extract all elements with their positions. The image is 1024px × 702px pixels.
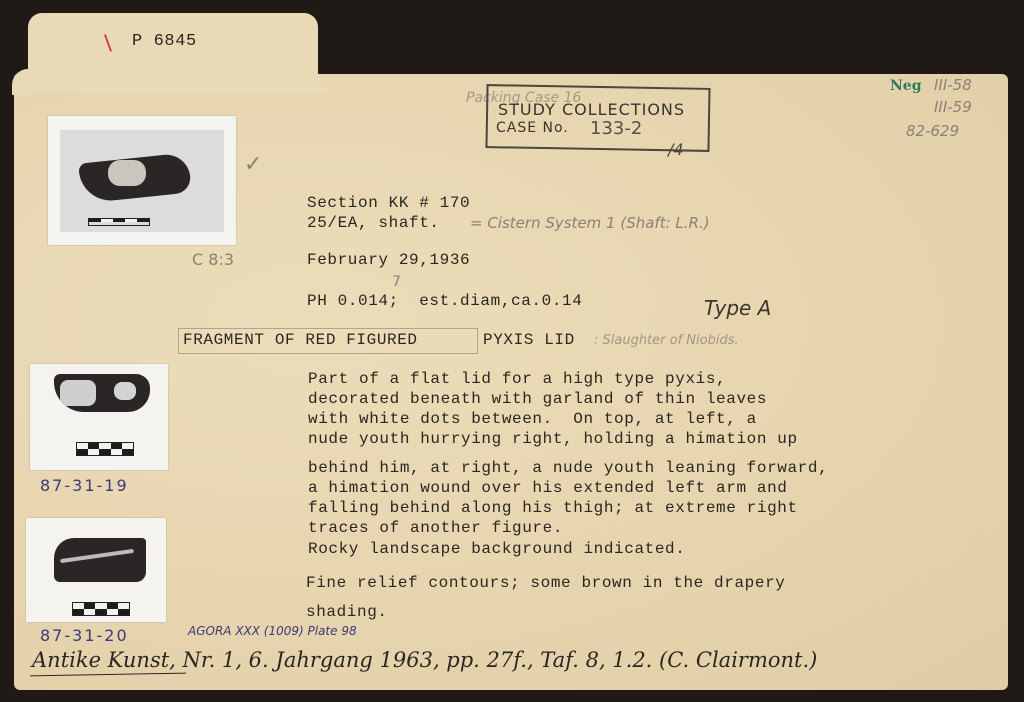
negatives-label: Neg — [890, 78, 922, 94]
description-line: behind him, at right, a nude youth leani… — [308, 459, 828, 477]
deposit: 25/EA, shaft. — [307, 214, 440, 232]
section-number: Section KK # 170 — [307, 194, 470, 212]
description-line: Part of a flat lid for a high type pyxis… — [308, 370, 726, 388]
fragment-photo-3 — [26, 518, 166, 622]
description-line: nude youth hurrying right, holding a him… — [308, 430, 798, 448]
negative-number-3: 82-629 — [906, 122, 959, 140]
technique-line: shading. — [306, 603, 388, 621]
catalog-number: P 6845 — [132, 32, 197, 51]
negative-number-2: III-59 — [934, 98, 972, 116]
fragment-photo-1 — [48, 116, 236, 245]
excavation-date: February 29,1936 — [307, 251, 470, 269]
stamp-case-label: CASE No. — [496, 120, 569, 136]
scale-bar — [88, 218, 150, 226]
description-line: decorated beneath with garland of thin l… — [308, 390, 767, 408]
bibliography: Antike Kunst, Nr. 1, 6. Jahrgang 1963, p… — [32, 648, 817, 672]
case-fraction: /4 — [668, 140, 684, 159]
photo-1-caption: C 8:3 — [192, 250, 234, 269]
description-line: a himation wound over his extended left … — [308, 479, 787, 497]
photo-3-caption: 87-31-20 — [40, 626, 129, 645]
agora-reference: AGORA XXX (1009) Plate 98 — [188, 624, 357, 638]
type-note: Type A — [704, 296, 771, 320]
photo-2-caption: 87-31-19 — [40, 476, 129, 495]
card-tab — [28, 13, 318, 93]
title-bracketed: FRAGMENT OF RED FIGURED — [183, 331, 418, 349]
description-line: with white dots between. On top, at left… — [308, 410, 757, 428]
description-line: Rocky landscape background indicated. — [308, 540, 685, 558]
fragment-photo-2 — [30, 364, 168, 470]
deposit-note: = Cistern System 1 (Shaft: L.R.) — [470, 214, 710, 232]
scale-bar — [76, 442, 134, 456]
title-rest: PYXIS LID — [483, 331, 575, 349]
checkmark: ✓ — [244, 152, 262, 177]
scale-bar — [72, 602, 130, 616]
technique-line: Fine relief contours; some brown in the … — [306, 574, 785, 592]
description-line: falling behind along his thigh; at extre… — [308, 499, 798, 517]
case-number: 133-2 — [590, 118, 642, 139]
date-correction: 7 — [392, 274, 401, 290]
title-note: : Slaughter of Niobids. — [594, 333, 739, 348]
negative-number-1: III-58 — [934, 76, 972, 94]
dimensions: PH 0.014; est.diam,ca.0.14 — [307, 292, 582, 310]
description-line: traces of another figure. — [308, 519, 563, 537]
stamp-line1: STUDY COLLECTIONS — [498, 100, 685, 119]
